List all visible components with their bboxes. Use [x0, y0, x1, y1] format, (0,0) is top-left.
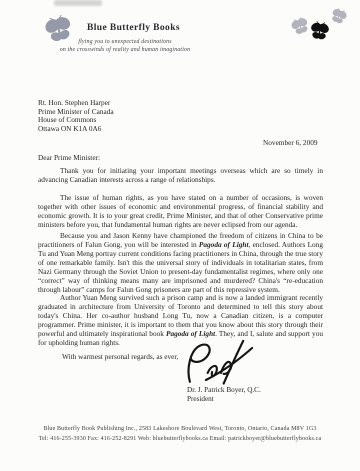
letterhead-tagline-line2: on the crosswinds of reality and human i… — [30, 47, 220, 53]
letter-date: November 6, 2009 — [263, 138, 318, 147]
footer-address-line: Blue Butterfly Book Publishing Inc., 258… — [0, 426, 360, 432]
body-paragraph-1: Thank you for initiating your important … — [38, 166, 323, 184]
handwritten-signature — [181, 337, 261, 391]
letter-page: Blue Butterfly Books flying you to unexp… — [0, 0, 360, 471]
footer-contact-line: Tel: 416-255-3930 Fax: 416-252-8291 Web:… — [0, 436, 360, 442]
letterhead-tagline-line1: flying you to unexpected destinations — [30, 39, 220, 45]
scan-artifact — [54, 0, 102, 6]
signatory-title: President — [187, 395, 214, 403]
salutation: Dear Prime Minister: — [38, 153, 100, 162]
body-paragraph-2: The issue of human rights, as you have s… — [38, 193, 323, 229]
signatory-name: Dr. J. Patrick Boyer, Q.C. — [187, 386, 261, 394]
body-paragraph-3: Because you and Jason Kenny have champio… — [38, 231, 323, 294]
recipient-address: Rt. Hon. Stephen Harper Prime Minister o… — [38, 99, 114, 134]
closing-line: With warmest personal regards, as ever, — [62, 352, 178, 361]
letterhead-title: Blue Butterfly Books — [87, 23, 180, 33]
recipient-line: Ottawa ON K1A 0A6 — [38, 125, 114, 134]
